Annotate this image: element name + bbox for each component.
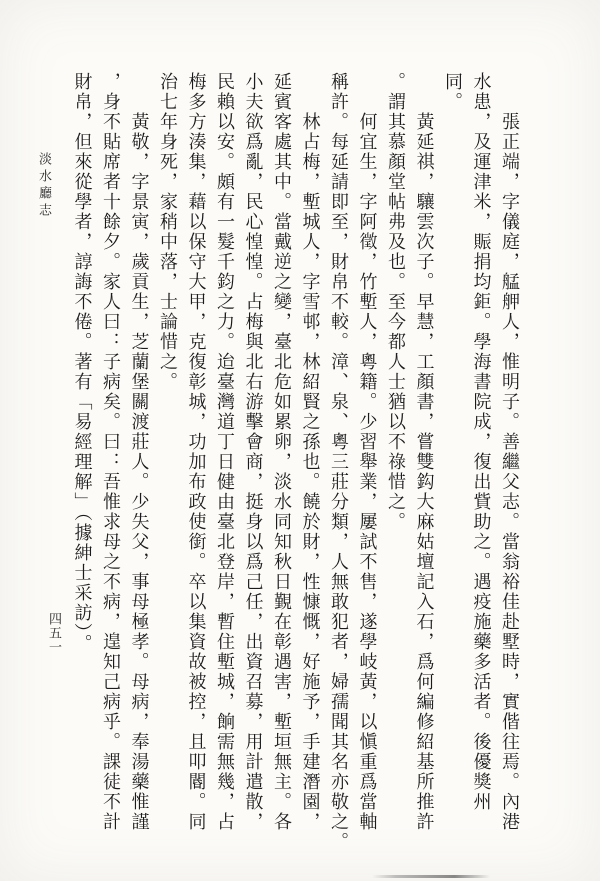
text-column: 水患，及運津米，賑捐均鉅。學海書院成，復出貲助之。遇疫施藥多活者。後優獎州 (467, 72, 496, 868)
text-column: 治七年身死，家稍中落，士論惜之。 (154, 72, 183, 868)
text-column: 林占梅，塹城人，字雪邨，林紹賢之孫也。饒於財，性慷慨，好施予，手建潛園， (296, 72, 325, 868)
text-column: ，身不貼席者十餘夕。家人曰：子病矣。曰：吾惟求母之不病，遑知己病乎。課徒不計 (97, 72, 126, 868)
text-column: 何宜生，字阿徵，竹塹人，粵籍。少習舉業，屢試不售，遂學岐黃，以愼重爲當軸 (353, 72, 382, 868)
text-column: 小夫欲爲亂，民心惶惶。占梅與北右游擊會商，挺身以爲己任，出資召募，用計遣散， (239, 72, 268, 868)
text-column: 黃敬，字景寅，歲貢生，芝蘭堡關渡莊人。少失父，事母極孝。母病，奉湯藥惟謹 (125, 72, 154, 868)
text-column: 梅多方湊集，藉以保守大甲，克復彰城，功加布政使銜。卒以集資故被控，且叩閽。同 (182, 72, 211, 868)
text-column: 同。 (439, 72, 468, 868)
text-column: 民賴以安。頗有一髮千鈞之力。迨臺灣道丁日健由臺北登岸，暫住塹城，餉需無幾，占 (211, 72, 240, 868)
text-column: 延賓客處其中。當戴逆之變，臺北危如累卵，淡水同知秋日覲在彰遇害，塹垣無主。各 (268, 72, 297, 868)
scanned-gazetteer-page: 張正端，字儀庭，艋舺人，惟明子。善繼父志。當翁裕佳赴墅時，實偕往焉。內港 水患，… (0, 0, 600, 881)
scan-artifact (372, 875, 490, 878)
text-column: 黃延祺，驤雲次子。早慧，工顏書，嘗雙鈎大麻姑壇記入石，爲何編修紹基所推許 (410, 72, 439, 868)
text-column: 張正端，字儀庭，艋舺人，惟明子。善繼父志。當翁裕佳赴墅時，實偕往焉。內港 (496, 72, 525, 868)
book-title: 淡水廳志 (35, 152, 54, 220)
text-column: 稱許。每延請即至，財帛不較。漳、泉、粵三莊分類，人無敢犯者，婦孺聞其名亦敬之。 (325, 72, 354, 868)
page-number: 四五一 (45, 612, 64, 654)
text-block: 張正端，字儀庭，艋舺人，惟明子。善繼父志。當翁裕佳赴墅時，實偕往焉。內港 水患，… (68, 72, 524, 868)
text-column: 財帛，但來從學者，諄誨不倦。著有「易經理解」（據紳士采訪）。 (68, 72, 97, 868)
text-column: 。謂其慕顏堂帖弗及也。至今都人士猶以不祿惜之。 (382, 72, 411, 868)
